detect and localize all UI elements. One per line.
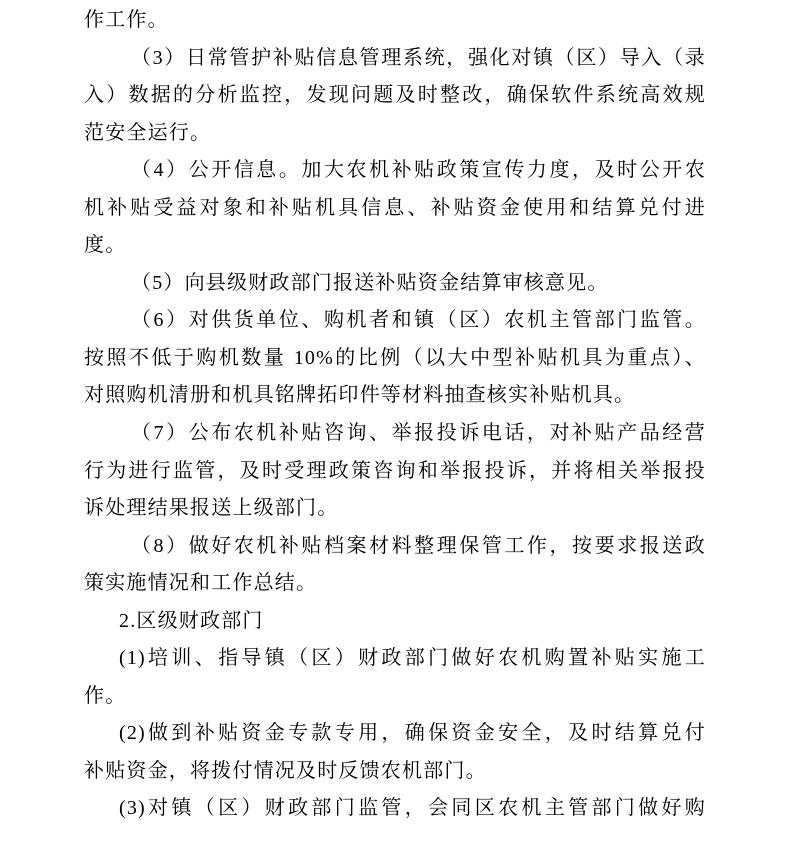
- text-line: 按照不低于购机数量 10%的比例（以大中型补贴机具为重点）、: [84, 340, 706, 378]
- document-text-body: 作工作。（3）日常管护补贴信息管理系统，强化对镇（区）导入（录入）数据的分析监控…: [84, 2, 706, 828]
- text-line: 作工作。: [84, 2, 706, 40]
- text-line: (3)对镇（区）财政部门监管，会同区农机主管部门做好购: [84, 790, 706, 828]
- text-line: 范安全运行。: [84, 115, 706, 153]
- text-line: （3）日常管护补贴信息管理系统，强化对镇（区）导入（录: [84, 40, 706, 78]
- text-line: （5）向县级财政部门报送补贴资金结算审核意见。: [84, 265, 706, 303]
- text-line: 机补贴受益对象和补贴机具信息、补贴资金使用和结算兑付进: [84, 190, 706, 228]
- document-page: 作工作。（3）日常管护补贴信息管理系统，强化对镇（区）导入（录入）数据的分析监控…: [0, 0, 793, 851]
- text-line: (1)培训、指导镇（区）财政部门做好农机购置补贴实施工: [84, 640, 706, 678]
- text-line: （6）对供货单位、购机者和镇（区）农机主管部门监管。: [84, 302, 706, 340]
- text-line: 行为进行监管，及时受理政策咨询和举报投诉，并将相关举报投: [84, 453, 706, 491]
- text-line: （7）公布农机补贴咨询、举报投诉电话，对补贴产品经营: [84, 415, 706, 453]
- text-line: 2.区级财政部门: [84, 603, 706, 641]
- text-line: 诉处理结果报送上级部门。: [84, 490, 706, 528]
- text-line: 策实施情况和工作总结。: [84, 565, 706, 603]
- text-line: 作。: [84, 678, 706, 716]
- text-line: 对照购机清册和机具铭牌拓印件等材料抽查核实补贴机具。: [84, 377, 706, 415]
- text-line: 入）数据的分析监控，发现问题及时整改，确保软件系统高效规: [84, 77, 706, 115]
- text-line: （4）公开信息。加大农机补贴政策宣传力度，及时公开农: [84, 152, 706, 190]
- text-line: （8）做好农机补贴档案材料整理保管工作，按要求报送政: [84, 528, 706, 566]
- text-line: (2)做到补贴资金专款专用，确保资金安全，及时结算兑付: [84, 715, 706, 753]
- text-line: 度。: [84, 227, 706, 265]
- text-line: 补贴资金，将拨付情况及时反馈农机部门。: [84, 753, 706, 791]
